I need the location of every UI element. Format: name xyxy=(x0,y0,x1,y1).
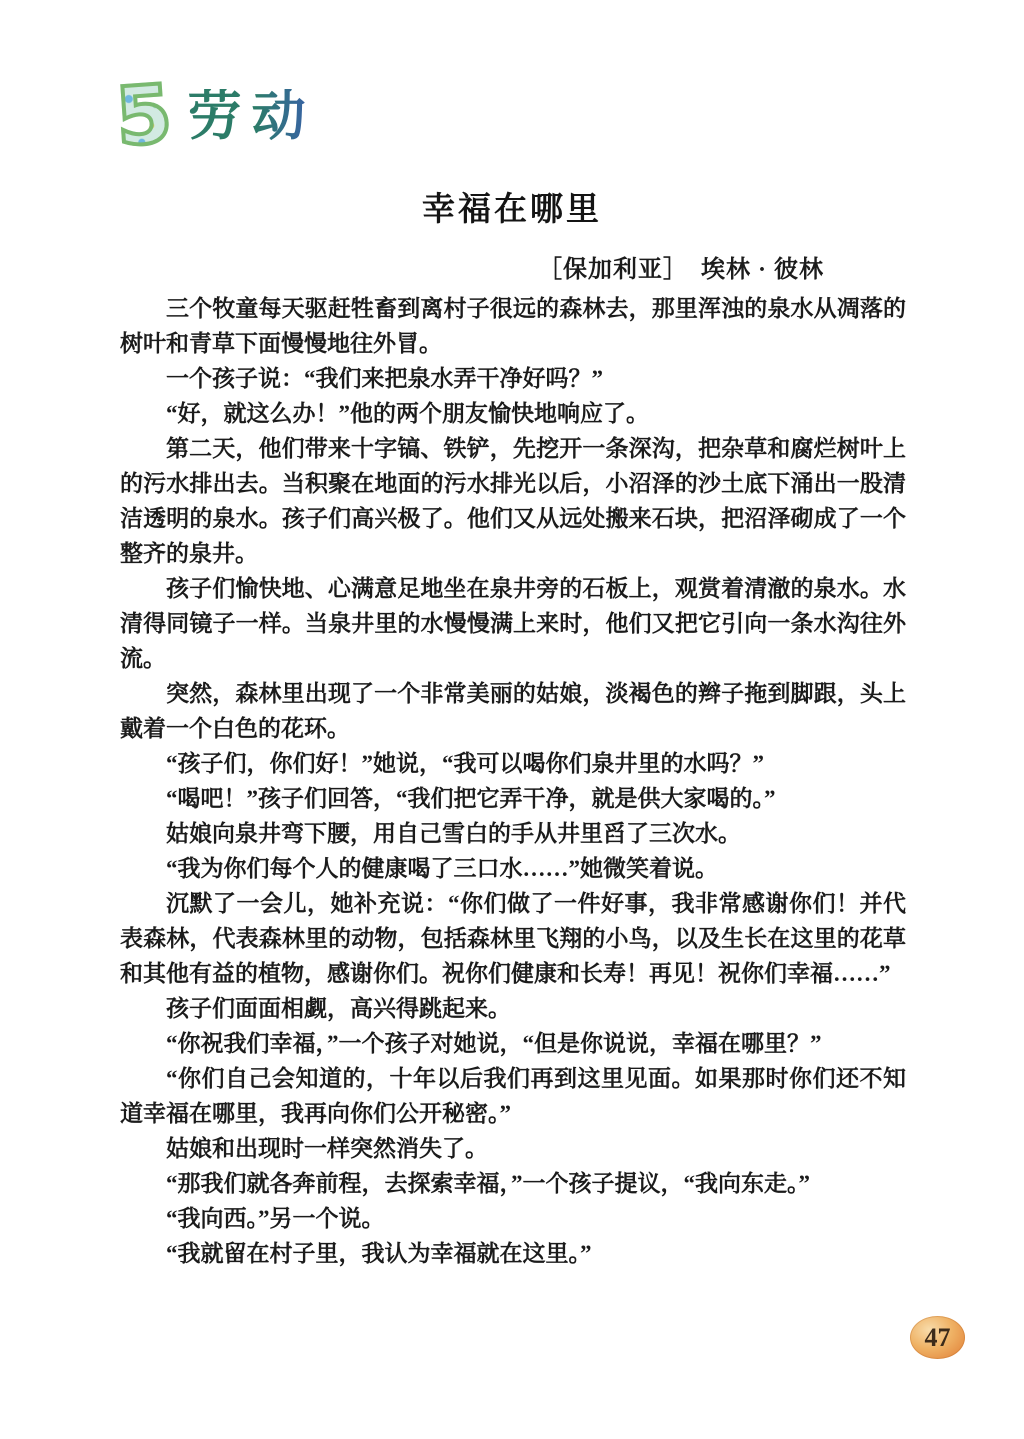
story-paragraph: “你们自己会知道的，十年以后我们再到这里见面。如果那时你们还不知道幸福在哪里，我… xyxy=(120,1061,906,1131)
story-title: 幸福在哪里 xyxy=(0,183,1024,230)
story-paragraph: “我向西。”另一个说。 xyxy=(120,1201,906,1236)
story-paragraph: 沉默了一会儿，她补充说：“你们做了一件好事，我非常感谢你们！并代表森林，代表森林… xyxy=(120,886,906,991)
story-paragraph: 孩子们愉快地、心满意足地坐在泉井旁的石板上，观赏着清澈的泉水。水清得同镜子一样。… xyxy=(120,571,906,676)
author-line: ［保加利亚］ 埃林 · 彼林 xyxy=(538,249,824,284)
story-paragraph: 姑娘和出现时一样突然消失了。 xyxy=(120,1131,906,1166)
story-paragraph: “那我们就各奔前程，去探索幸福，”一个孩子提议，“我向东走。” xyxy=(120,1166,906,1201)
story-paragraph: 第二天，他们带来十字镐、铁铲，先挖开一条深沟，把杂草和腐烂树叶上的污水排出去。当… xyxy=(120,431,906,571)
story-paragraph: “我就留在村子里，我认为幸福就在这里。” xyxy=(120,1236,906,1271)
page-number: 47 xyxy=(925,1323,951,1353)
story-body: 三个牧童每天驱赶牲畜到离村子很远的森林去，那里浑浊的泉水从凋落的树叶和青草下面慢… xyxy=(120,291,906,1271)
story-paragraph: 三个牧童每天驱赶牲畜到离村子很远的森林去，那里浑浊的泉水从凋落的树叶和青草下面慢… xyxy=(120,291,906,361)
story-paragraph: 孩子们面面相觑，高兴得跳起来。 xyxy=(120,991,906,1026)
story-paragraph: 姑娘向泉井弯下腰，用自己雪白的手从井里舀了三次水。 xyxy=(120,816,906,851)
story-paragraph: “好，就这么办！”他的两个朋友愉快地响应了。 xyxy=(120,396,906,431)
page-number-badge: 47 xyxy=(910,1316,965,1359)
story-paragraph: “孩子们，你们好！”她说，“我可以喝你们泉井里的水吗？” xyxy=(120,746,906,781)
story-paragraph: “你祝我们幸福，”一个孩子对她说，“但是你说说，幸福在哪里？” xyxy=(120,1026,906,1061)
unit-title: 劳动 xyxy=(188,89,316,143)
textbook-page: 5 劳动 幸福在哪里 ［保加利亚］ 埃林 · 彼林 三个牧童每天驱赶牲畜到离村子… xyxy=(0,0,1024,1439)
unit-number-badge: 5 xyxy=(113,74,174,158)
story-paragraph: 突然，森林里出现了一个非常美丽的姑娘，淡褐色的辫子拖到脚跟，头上戴着一个白色的花… xyxy=(120,676,906,746)
story-paragraph: “我为你们每个人的健康喝了三口水……”她微笑着说。 xyxy=(120,851,906,886)
story-paragraph: “喝吧！”孩子们回答，“我们把它弄干净，就是供大家喝的。” xyxy=(120,781,906,816)
story-paragraph: 一个孩子说：“我们来把泉水弄干净好吗？” xyxy=(120,361,906,396)
unit-header: 5 劳动 xyxy=(116,76,316,156)
